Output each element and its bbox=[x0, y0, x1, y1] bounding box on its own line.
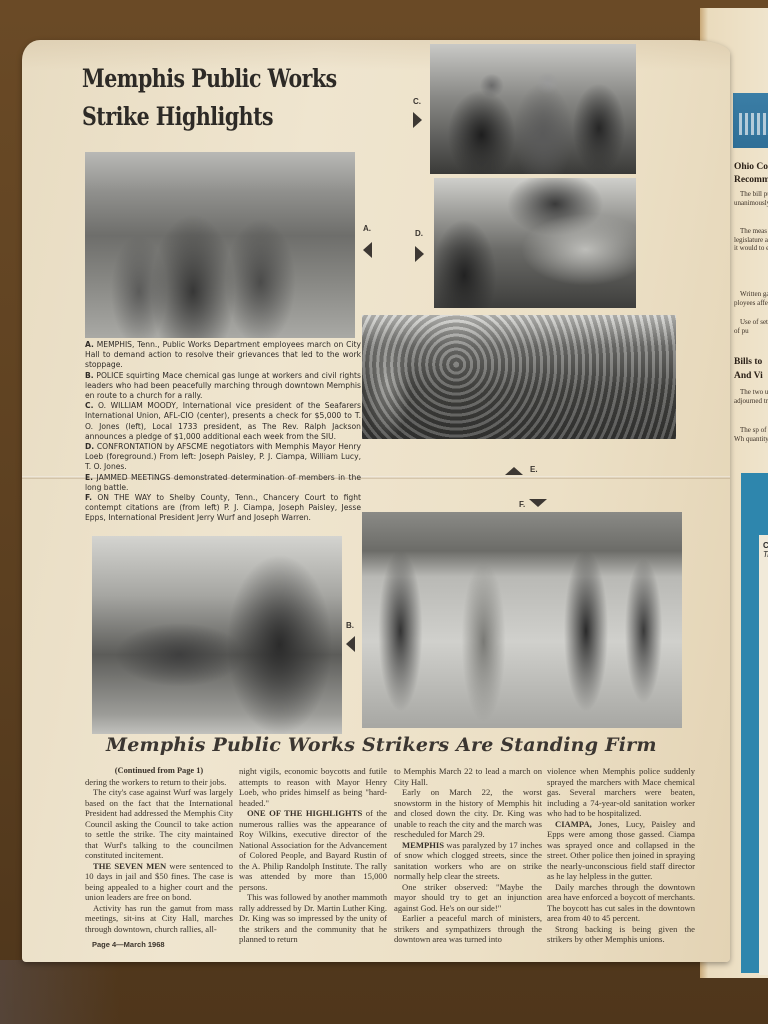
paragraph: dering the workers to return to their jo… bbox=[85, 777, 233, 788]
paragraph: This was followed by another mammoth ral… bbox=[239, 892, 387, 945]
newspaper-page: Memphis Public Works Strike Highlights C… bbox=[22, 40, 730, 962]
adjacent-headline-2-line-2: And Vi bbox=[734, 370, 763, 383]
pointer-down-icon bbox=[529, 499, 547, 507]
photo-a-march-on-city-hall bbox=[85, 152, 355, 338]
marker-f-label: F. bbox=[519, 500, 525, 509]
paragraph: The city's case against Wurf was largely… bbox=[85, 787, 233, 861]
article-column-4: violence when Memphis police suddenly sp… bbox=[547, 766, 695, 945]
adjacent-text-5: The two unions fai adjourned true of the bbox=[734, 388, 768, 405]
pointer-up-icon bbox=[505, 467, 523, 475]
building-illustration bbox=[733, 93, 768, 148]
article-column-3: to Memphis March 22 to lead a march on C… bbox=[394, 766, 542, 945]
paragraph: Strong backing is being given the strike… bbox=[547, 924, 695, 945]
photo-d-confrontation bbox=[434, 178, 636, 308]
caption-e: E. JAMMED MEETINGS demonstrated determin… bbox=[85, 473, 361, 493]
photo-captions: A. MEMPHIS, Tenn., Public Works Departme… bbox=[85, 340, 361, 524]
paragraph: Early on March 22, the worst snowstorm i… bbox=[394, 787, 542, 840]
adjacent-sidebar-box: Ci Tr bbox=[759, 535, 768, 975]
marker-e-label: E. bbox=[530, 465, 538, 474]
paragraph: THE SEVEN MEN were sentenced to 10 days … bbox=[85, 861, 233, 903]
paragraph: night vigils, economic boycotts and futi… bbox=[239, 766, 387, 808]
adjacent-headline-1-line-1: Ohio Coll bbox=[734, 161, 768, 174]
headline-line-1: Memphis Public Works bbox=[82, 60, 337, 98]
pointer-right-icon bbox=[413, 112, 422, 128]
headline-line-2: Strike Highlights bbox=[82, 98, 337, 136]
paragraph: violence when Memphis police suddenly sp… bbox=[547, 766, 695, 819]
adjacent-headline-2-line-1: Bills to bbox=[734, 356, 762, 369]
paragraph: to Memphis March 22 to lead a march on C… bbox=[394, 766, 542, 787]
photo-e-jammed-meeting bbox=[362, 315, 676, 439]
paragraph: Earlier a peaceful march of ministers, s… bbox=[394, 913, 542, 945]
marker-b-label: B. bbox=[346, 621, 354, 630]
paragraph: ONE OF THE HIGHLIGHTS of the numerous ra… bbox=[239, 808, 387, 892]
adjacent-blue-sidebar: Ci Tr bbox=[741, 473, 768, 973]
paragraph: MEMPHIS was paralyzed by 17 inches of sn… bbox=[394, 840, 542, 882]
table-reflection bbox=[0, 960, 120, 1024]
photo-c-check-presentation bbox=[430, 44, 636, 174]
pointer-left-icon bbox=[346, 636, 355, 652]
page-headline: Memphis Public Works Strike Highlights bbox=[82, 60, 337, 136]
page-footer: Page 4—March 1968 bbox=[92, 940, 165, 949]
continued-note: (Continued from Page 1) bbox=[85, 766, 233, 777]
photo-b-police-mace bbox=[92, 536, 342, 734]
sidebar-box-line-1: Ci bbox=[763, 541, 768, 550]
paragraph: CIAMPA, Jones, Lucy, Paisley and Epps we… bbox=[547, 819, 695, 882]
paragraph: Daily marches through the downtown area … bbox=[547, 882, 695, 924]
adjacent-text-3: Written ganizations ployees affe bbox=[734, 290, 768, 307]
adjacent-text-6: The sp of Savann desk. Wh quantity. bbox=[734, 426, 768, 443]
caption-a: A. MEMPHIS, Tenn., Public Works Departme… bbox=[85, 340, 361, 371]
marker-a-label: A. bbox=[363, 224, 371, 233]
adjacent-text-4: Use of settling gri types of pu bbox=[734, 318, 768, 335]
article-headline: Memphis Public Works Strikers Are Standi… bbox=[106, 734, 657, 756]
caption-f: F. ON THE WAY to Shelby County, Tenn., C… bbox=[85, 493, 361, 524]
article-column-1: (Continued from Page 1) dering the worke… bbox=[85, 766, 233, 934]
caption-d: D. CONFRONTATION by AFSCME negotiators w… bbox=[85, 442, 361, 473]
marker-d-label: D. bbox=[415, 229, 423, 238]
adjacent-text-1: The bill public emplo unanimously Commer… bbox=[734, 190, 768, 207]
paragraph: Activity has run the gamut from mass mee… bbox=[85, 903, 233, 935]
sidebar-box-line-2: Tr bbox=[763, 550, 768, 559]
pointer-left-icon bbox=[363, 242, 372, 258]
caption-c: C. O. WILLIAM MOODY, International vice … bbox=[85, 401, 361, 442]
adjacent-text-2: The meas failed to ge legislature a guso… bbox=[734, 227, 768, 253]
caption-b: B. POLICE squirting Mace chemical gas lu… bbox=[85, 371, 361, 402]
adjacent-headline-1-line-2: Recomme bbox=[734, 174, 768, 187]
article-column-2: night vigils, economic boycotts and futi… bbox=[239, 766, 387, 945]
marker-c-label: C. bbox=[413, 97, 421, 106]
photo-f-on-the-way bbox=[362, 512, 682, 728]
paragraph: One striker observed: "Maybe the mayor s… bbox=[394, 882, 542, 914]
pointer-right-icon bbox=[415, 246, 424, 262]
